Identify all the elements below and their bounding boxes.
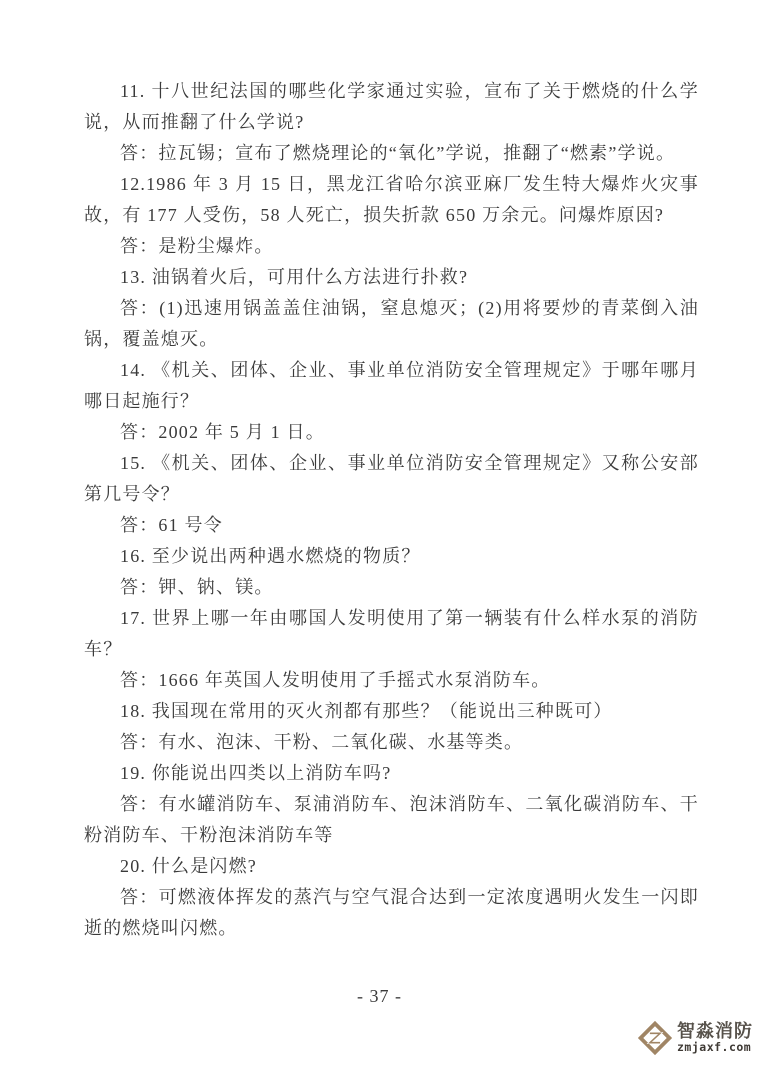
- answer-17: 答：1666 年英国人发明使用了手摇式水泵消防车。: [84, 665, 699, 696]
- logo-brand-name: 智淼消防: [677, 1022, 753, 1040]
- answer-15: 答：61 号令: [84, 510, 699, 541]
- question-19: 19. 你能说出四类以上消防车吗?: [84, 758, 699, 789]
- answer-16: 答：钾、钠、镁。: [84, 572, 699, 603]
- question-13: 13. 油锅着火后，可用什么方法进行扑救?: [84, 262, 699, 293]
- answer-12: 答：是粉尘爆炸。: [84, 231, 699, 262]
- answer-14: 答：2002 年 5 月 1 日。: [84, 417, 699, 448]
- answer-11: 答：拉瓦锡；宣布了燃烧理论的“氧化”学说，推翻了“燃素”学说。: [84, 138, 699, 169]
- answer-18: 答：有水、泡沫、干粉、二氧化碳、水基等类。: [84, 727, 699, 758]
- answer-19: 答：有水罐消防车、泵浦消防车、泡沫消防车、二氧化碳消防车、干粉消防车、干粉泡沫消…: [84, 789, 699, 851]
- qa-content: 11. 十八世纪法国的哪些化学家通过实验，宣布了关于燃烧的什么学说，从而推翻了什…: [84, 76, 699, 944]
- question-17: 17. 世界上哪一年由哪国人发明使用了第一辆装有什么样水泵的消防车？: [84, 603, 699, 665]
- logo-text-block: 智淼消防 zmjaxf.com: [677, 1022, 753, 1054]
- question-15: 15. 《机关、团体、企业、事业单位消防安全管理规定》又称公安部第几号令？: [84, 448, 699, 510]
- question-12: 12.1986 年 3 月 15 日，黑龙江省哈尔滨亚麻厂发生特大爆炸火灾事故，…: [84, 169, 699, 231]
- question-16: 16. 至少说出两种遇水燃烧的物质？: [84, 541, 699, 572]
- logo-domain-url: zmjaxf.com: [677, 1042, 753, 1054]
- question-20: 20. 什么是闪燃?: [84, 851, 699, 882]
- answer-20: 答：可燃液体挥发的蒸汽与空气混合达到一定浓度遇明火发生一闪即逝的燃烧叫闪燃。: [84, 882, 699, 944]
- answer-13: 答：(1)迅速用锅盖盖住油锅，窒息熄灭；(2)用将要炒的青菜倒入油锅，覆盖熄灭。: [84, 293, 699, 355]
- question-18: 18. 我国现在常用的灭火剂都有那些？（能说出三种既可）: [84, 696, 699, 727]
- page-number: - 37 -: [0, 986, 759, 1007]
- site-logo-watermark: 智淼消防 zmjaxf.com: [638, 1021, 753, 1055]
- diamond-z-logo-icon: [638, 1021, 672, 1055]
- question-14: 14. 《机关、团体、企业、事业单位消防安全管理规定》于哪年哪月哪日起施行？: [84, 355, 699, 417]
- question-11: 11. 十八世纪法国的哪些化学家通过实验，宣布了关于燃烧的什么学说，从而推翻了什…: [84, 76, 699, 138]
